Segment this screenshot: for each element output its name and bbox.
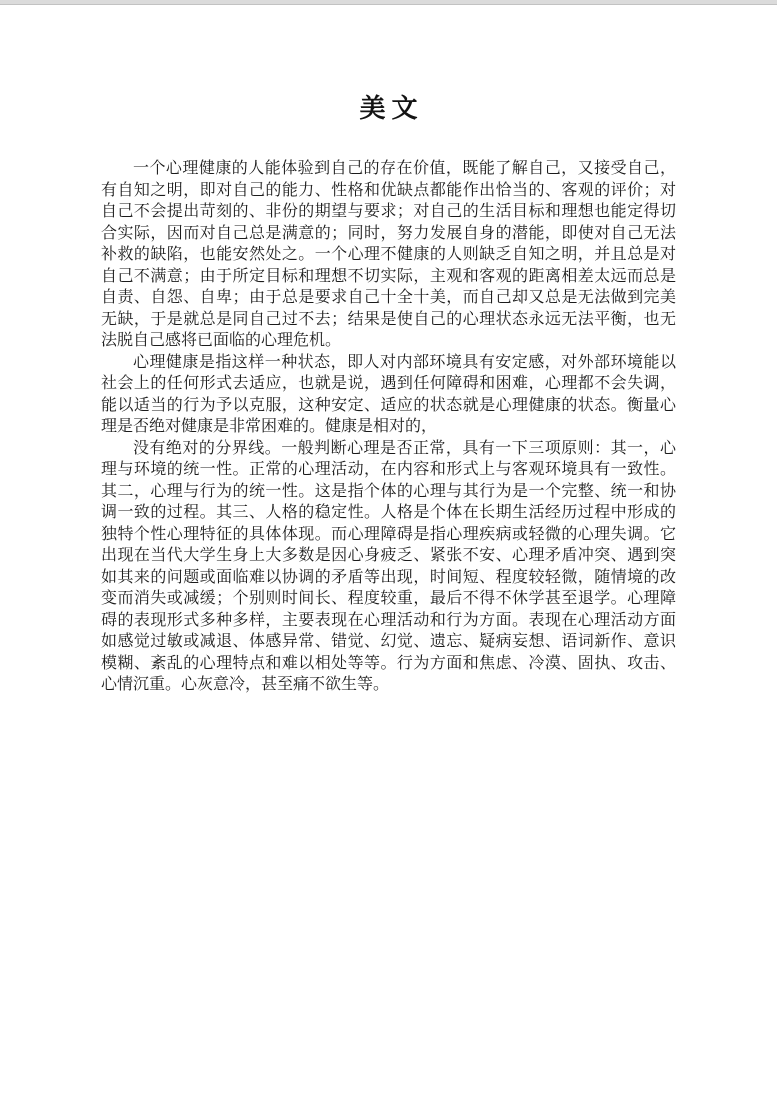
text-line: 如其来的问题或面临难以协调的矛盾等出现，时间短、程度较轻微，随情境的改 [101, 567, 676, 589]
text-line: 没有绝对的分界线。一般判断心理是否正常，具有一下三项原则：其一，心 [101, 438, 676, 460]
text-line: 法脱自己感将已面临的心理危机。 [101, 330, 676, 352]
text-line: 补救的缺陷，也能安然处之。一个心理不健康的人则缺乏自知之明，并且总是对 [101, 244, 676, 266]
page-title: 美文 [0, 90, 777, 128]
text-line: 变而消失或减缓；个别则时间长、程度较重，最后不得不休学甚至退学。心理障 [101, 588, 676, 610]
text-line: 心理健康是指这样一种状态，即人对内部环境具有安定感，对外部环境能以 [101, 352, 676, 374]
text-line: 能以适当的行为予以克服，这种安定、适应的状态就是心理健康的状态。衡量心 [101, 395, 676, 417]
document-body: 一个心理健康的人能体验到自己的存在价值，既能了解自己，又接受自己， 有自知之明，… [101, 158, 676, 696]
page-top-edge [0, 0, 777, 5]
document-page: 美文 一个心理健康的人能体验到自己的存在价值，既能了解自己，又接受自己， 有自知… [0, 0, 777, 1104]
text-line: 有自知之明，即对自己的能力、性格和优缺点都能作出恰当的、客观的评价；对 [101, 180, 676, 202]
text-line: 理与环境的统一性。正常的心理活动，在内容和形式上与客观环境具有一致性。 [101, 459, 676, 481]
text-line: 出现在当代大学生身上大多数是因心身疲乏、紧张不安、心理矛盾冲突、遇到突 [101, 545, 676, 567]
text-line: 调一致的过程。其三、人格的稳定性。人格是个体在长期生活经历过程中形成的 [101, 502, 676, 524]
text-line: 一个心理健康的人能体验到自己的存在价值，既能了解自己，又接受自己， [101, 158, 676, 180]
text-line: 合实际，因而对自己总是满意的；同时，努力发展自身的潜能，即使对自己无法 [101, 223, 676, 245]
text-line: 独特个性心理特征的具体体现。而心理障碍是指心理疾病或轻微的心理失调。它 [101, 524, 676, 546]
text-line: 无缺，于是就总是同自己过不去；结果是使自己的心理状态永远无法平衡，也无 [101, 309, 676, 331]
text-line: 自己不会提出苛刻的、非份的期望与要求；对自己的生活目标和理想也能定得切 [101, 201, 676, 223]
text-line: 自责、自怨、自卑；由于总是要求自己十全十美，而自己却又总是无法做到完美 [101, 287, 676, 309]
text-line: 理是否绝对健康是非常困难的。健康是相对的， [101, 416, 676, 438]
text-line: 其二，心理与行为的统一性。这是指个体的心理与其行为是一个完整、统一和协 [101, 481, 676, 503]
text-line: 如感觉过敏或减退、体感异常、错觉、幻觉、遗忘、疑病妄想、语词新作、意识 [101, 631, 676, 653]
text-line: 模糊、紊乱的心理特点和难以相处等等。行为方面和焦虑、冷漠、固执、攻击、 [101, 653, 676, 675]
text-line: 碍的表现形式多种多样，主要表现在心理活动和行为方面。表现在心理活动方面 [101, 610, 676, 632]
paragraph: 没有绝对的分界线。一般判断心理是否正常，具有一下三项原则：其一，心 理与环境的统… [101, 438, 676, 696]
paragraph: 一个心理健康的人能体验到自己的存在价值，既能了解自己，又接受自己， 有自知之明，… [101, 158, 676, 352]
text-line: 自己不满意；由于所定目标和理想不切实际，主观和客观的距离相差太远而总是 [101, 266, 676, 288]
text-line: 社会上的任何形式去适应，也就是说，遇到任何障碍和困难，心理都不会失调， [101, 373, 676, 395]
paragraph: 心理健康是指这样一种状态，即人对内部环境具有安定感，对外部环境能以 社会上的任何… [101, 352, 676, 438]
document-content: 美文 一个心理健康的人能体验到自己的存在价值，既能了解自己，又接受自己， 有自知… [0, 0, 777, 696]
text-line: 心情沉重。心灰意冷，甚至痛不欲生等。 [101, 674, 676, 696]
